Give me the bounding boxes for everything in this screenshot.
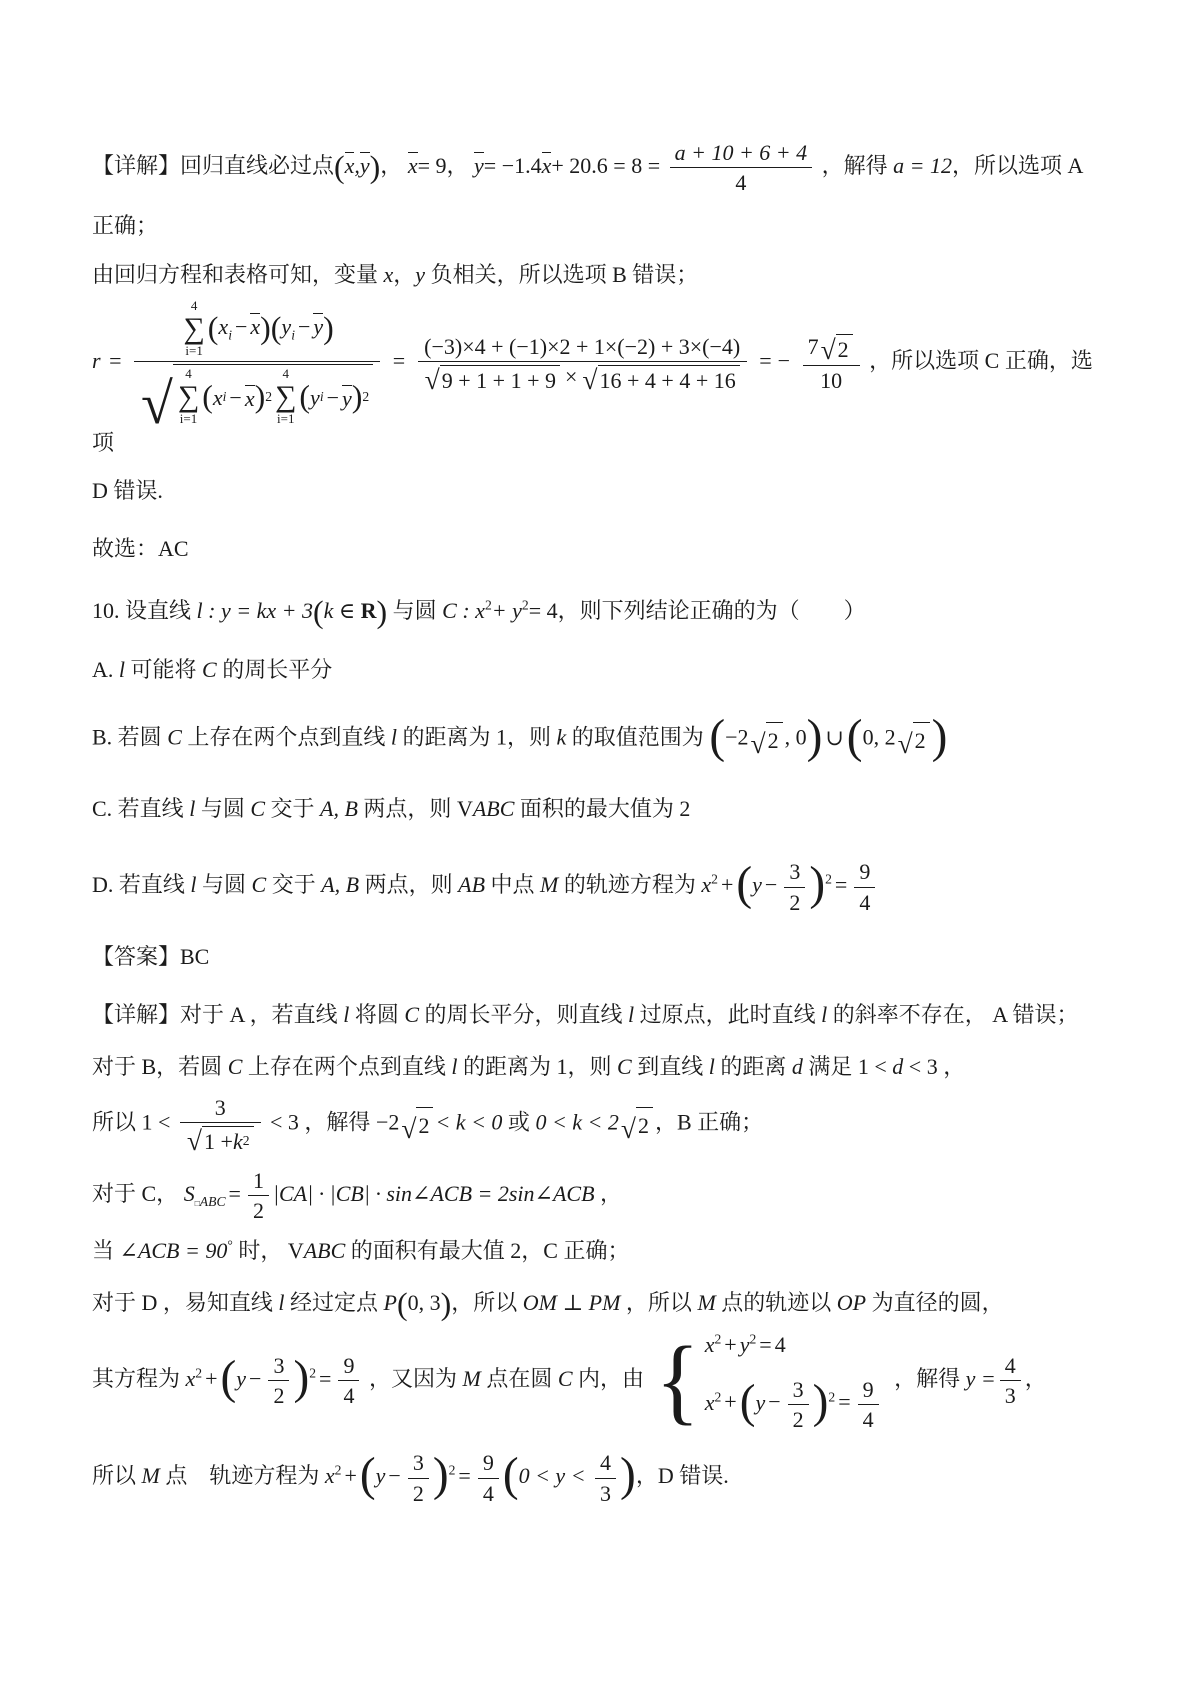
math-token: 1 + xyxy=(204,1129,233,1154)
radical-sign: √ xyxy=(751,722,766,757)
x-bar: x xyxy=(345,152,355,177)
math-token: A, B xyxy=(321,872,359,897)
math-token: R xyxy=(361,598,377,623)
math-token: x xyxy=(701,872,711,897)
sigma-icon: ∑ xyxy=(275,382,296,412)
paragraph-detail-c2: 当 ∠ACB = 90° 时， VABC 的面积有最大值 2，C 正确； xyxy=(92,1235,1114,1267)
math-token: A, B xyxy=(320,796,358,821)
text-run: ，所以 xyxy=(620,1290,697,1315)
x-bar: x xyxy=(245,385,255,410)
close-paren: ) xyxy=(260,311,271,346)
formula-circle-equation: x2+(y−32)2=94 xyxy=(701,872,879,897)
fraction-denominator: 2 xyxy=(408,1479,429,1506)
math-token: y xyxy=(755,1389,765,1414)
text-run: ，所以 xyxy=(451,1290,523,1315)
fraction: 94 xyxy=(478,1450,499,1506)
square-root: √2 xyxy=(621,1107,653,1142)
square-root: √2 xyxy=(821,334,853,362)
text-run: 对于 C， xyxy=(92,1181,184,1206)
close-paren: ) xyxy=(323,311,334,346)
fraction-numerator: 3 xyxy=(268,1353,289,1381)
sum-lower-limit: i=1 xyxy=(185,344,202,359)
math-token: y xyxy=(310,385,320,410)
minus-sign: − xyxy=(324,385,342,410)
superscript: 2 xyxy=(522,597,529,612)
math-token: y xyxy=(752,872,762,897)
text-run: 【答案】BC xyxy=(92,944,209,969)
text-run: 的距离 xyxy=(715,1054,792,1079)
formula-detail-d: 其方程为 x2+(y−32)2=94 ，又因为 M 点在圆 C 内，由 { x2… xyxy=(92,1329,1114,1432)
math-token: k ∈ xyxy=(324,598,361,623)
open-paren: ( xyxy=(208,311,219,346)
fraction-denominator: √4∑i=1(xi−x)24∑i=1(yi−y)2 xyxy=(134,362,380,427)
text-run: 为直径的圆， xyxy=(866,1290,1004,1315)
math-token: , 0 xyxy=(785,725,807,750)
radicand: 9 + 1 + 1 + 9 xyxy=(440,365,560,393)
text-run: ， xyxy=(447,153,469,178)
plus-sign: + xyxy=(341,1463,359,1488)
minus-sign: − xyxy=(246,1366,264,1391)
text-run: 到直线 xyxy=(632,1054,709,1079)
math-token: AB xyxy=(458,872,485,897)
text-run: 交于 xyxy=(266,872,321,897)
plus-sign: + xyxy=(721,1389,739,1414)
text-run: 【详解】回归直线必过点 xyxy=(92,153,334,178)
text-run: 面积的最大值为 2 xyxy=(514,796,690,821)
equals-sign: = xyxy=(835,1389,853,1414)
radicand: 2 xyxy=(836,334,853,362)
text-run: B. 若圆 xyxy=(92,725,167,750)
radicand: 2 xyxy=(766,722,783,757)
x-bar: x xyxy=(250,313,260,338)
math-token: M xyxy=(462,1366,480,1391)
radical-sign: √ xyxy=(621,1107,636,1142)
math-token: k xyxy=(233,1129,243,1154)
math-token: C xyxy=(404,1002,419,1027)
fraction: 32 xyxy=(408,1450,429,1506)
sum-lower-limit: i=1 xyxy=(277,412,294,427)
math-token: C xyxy=(558,1366,573,1391)
text-run: 所以 1 < xyxy=(92,1109,176,1134)
close-paren: ) xyxy=(620,1452,636,1499)
radicand: 2 xyxy=(416,1107,433,1142)
text-run: ， xyxy=(393,262,415,287)
radical-sign: √ xyxy=(582,365,597,393)
fraction-numerator: 3 xyxy=(788,1377,809,1405)
summation: 4∑i=1 xyxy=(275,367,296,427)
text-run: 经过定点 xyxy=(285,1290,384,1315)
equals-sign: = xyxy=(756,1332,774,1357)
open-paren: ( xyxy=(847,714,863,761)
text-run: 与圆 xyxy=(197,872,252,897)
fraction-numerator: 3 xyxy=(784,859,805,887)
equals-sign: = xyxy=(455,1463,473,1488)
equals-sign: = xyxy=(832,872,850,897)
fraction-denominator: 4 xyxy=(670,168,813,195)
fraction: 94 xyxy=(858,1377,879,1433)
text-run: ， xyxy=(380,153,402,178)
math-token: x xyxy=(213,385,223,410)
math-token: k xyxy=(557,725,567,750)
text-run: 的斜率不存在， A 错误； xyxy=(827,1002,1078,1027)
math-token: x xyxy=(325,1463,335,1488)
equals-sign: = xyxy=(390,348,408,373)
math-token: |CA| · |CB| · sin∠ACB = 2sin∠ACB xyxy=(273,1181,595,1206)
minus-sign: − xyxy=(295,314,313,339)
text-run: 上存在两个点到直线 xyxy=(242,1054,451,1079)
paragraph-detail-d: 对于 D ，易知直线 l 经过定点 P(0, 3)，所以 OM ⊥ PM ，所以… xyxy=(92,1287,1114,1320)
fraction-numerator: 9 xyxy=(338,1353,359,1381)
square-root: √2 xyxy=(751,722,783,757)
fraction-denominator: 4 xyxy=(854,888,875,915)
fraction-denominator: 10 xyxy=(803,366,860,393)
text-run: 两点，则 xyxy=(359,872,458,897)
text-run: 当 xyxy=(92,1238,120,1263)
text-run: 的周长平分 xyxy=(217,657,333,682)
text-run: ， xyxy=(595,1181,623,1206)
triangle-placeholder: V xyxy=(457,796,473,821)
fraction-denominator: 2 xyxy=(784,888,805,915)
math-token: = 4 xyxy=(529,598,558,623)
text-run: 负相关，所以选项 B 错误； xyxy=(425,262,698,287)
fraction-numerator: 9 xyxy=(478,1450,499,1478)
fraction-denominator: 3 xyxy=(1000,1381,1021,1408)
fraction-numerator: 7√2 xyxy=(803,334,860,366)
fraction: 3√1 + k2 xyxy=(180,1095,261,1154)
open-paren: ( xyxy=(709,714,725,761)
text-run: 的距离为 1，则 xyxy=(397,725,557,750)
fraction-denominator: 4 xyxy=(478,1479,499,1506)
option-a: A. l 可能将 C 的周长平分 xyxy=(92,654,1114,686)
math-token: 0 < k < 2 xyxy=(535,1109,618,1134)
formula-circle-equation: x2+(y−32)2=94 xyxy=(186,1366,364,1391)
radical-sign: √ xyxy=(898,722,913,757)
text-run: 10. 设直线 xyxy=(92,598,197,623)
radicand: 4∑i=1(xi−x)24∑i=1(yi−y)2 xyxy=(173,364,373,427)
text-run: 故选：AC xyxy=(92,536,189,561)
fraction-numerator: 4 xyxy=(1000,1353,1021,1381)
math-token: y xyxy=(236,1366,246,1391)
fraction-denominator: 3 xyxy=(595,1479,616,1506)
open-paren: ( xyxy=(397,1287,408,1322)
math-token: ABC xyxy=(200,1194,226,1209)
close-paren: ) xyxy=(441,1287,452,1322)
paragraph-d-wrong: D 错误. xyxy=(92,475,1114,507)
math-token: −2 xyxy=(376,1109,399,1134)
math-token: x xyxy=(705,1389,715,1414)
fraction-numerator: 9 xyxy=(854,859,875,887)
minus-sign: − xyxy=(765,1389,783,1414)
text-run: 所以 xyxy=(92,1463,142,1488)
math-token: C xyxy=(167,725,182,750)
paragraph-answer-9: 故选：AC xyxy=(92,533,1114,565)
text-run: ，解得 xyxy=(822,153,894,178)
text-run: ，所以选项 A xyxy=(952,153,1083,178)
fraction: 32 xyxy=(788,1377,809,1433)
sigma-icon: ∑ xyxy=(178,382,199,412)
system-row-2: x2+(y−32)2=94 xyxy=(705,1377,883,1433)
fraction-numeric: (−3)×4 + (−1)×2 + 1×(−2) + 3×(−4) √9 + 1… xyxy=(418,334,747,393)
math-token: y xyxy=(281,314,291,339)
formula-detail-c: 对于 C， S□ABC=12|CA| · |CB| · sin∠ACB = 2s… xyxy=(92,1168,1114,1224)
text-run: D. 若直线 xyxy=(92,872,190,897)
text-run: 中点 xyxy=(485,872,540,897)
superscript: 2 xyxy=(711,872,718,887)
text-run: 的轨迹方程为 xyxy=(558,872,701,897)
open-paren: ( xyxy=(740,1379,756,1426)
math-token: C : x xyxy=(442,598,485,623)
math-token: 4 xyxy=(775,1332,786,1357)
math-token: S xyxy=(184,1181,195,1206)
union-icon: ∪ xyxy=(822,725,846,750)
minus-sign: − xyxy=(226,385,244,410)
radical-sign: √ xyxy=(401,1107,416,1142)
math-token: OM ⊥ PM xyxy=(523,1290,621,1315)
fraction-denominator: 2 xyxy=(788,1405,809,1432)
y-bar: y xyxy=(342,385,352,410)
radicand: 1 + k2 xyxy=(202,1126,254,1154)
fraction: 32 xyxy=(268,1353,289,1409)
text-run: 对于 B，若圆 xyxy=(92,1054,228,1079)
math-token: < k < 0 xyxy=(435,1109,502,1134)
times-sign: × xyxy=(562,364,580,389)
radicand: 16 + 4 + 4 + 16 xyxy=(598,365,740,393)
math-token: OP xyxy=(837,1290,866,1315)
paragraph-question-10: 10. 设直线 l : y = kx + 3(k ∈ R) 与圆 C : x2+… xyxy=(92,595,1114,628)
fraction-main: 4∑i=1(xi−x)(yi−y) √4∑i=1(xi−x)24∑i=1(yi−… xyxy=(134,299,380,427)
equation-system: { x2+y2=4 x2+(y−32)2=94 xyxy=(656,1329,883,1432)
math-token: x xyxy=(705,1332,715,1357)
math-token: 0, 3 xyxy=(408,1290,441,1315)
text-run: A. xyxy=(92,657,119,682)
subscript: □ABC xyxy=(195,1194,226,1209)
sigma-icon: ∑ xyxy=(183,314,204,344)
text-run: 点的轨迹以 xyxy=(716,1290,837,1315)
text-run: ，B 正确； xyxy=(655,1109,763,1134)
text-run: 过原点，此时直线 xyxy=(634,1002,821,1027)
math-token: d xyxy=(792,1054,803,1079)
open-paren: ( xyxy=(736,861,752,908)
text-run: 点 轨迹方程为 xyxy=(160,1463,325,1488)
math-token: = 9 xyxy=(418,153,447,178)
option-b: B. 若圆 C 上存在两个点到直线 l 的距离为 1，则 k 的取值范围为 (−… xyxy=(92,716,1114,763)
text-run: ，D 错误. xyxy=(636,1463,729,1488)
math-token: C xyxy=(250,796,265,821)
triangle-placeholder: V xyxy=(288,1238,304,1263)
minus-sign: − xyxy=(762,872,780,897)
fraction-denominator: 4 xyxy=(338,1381,359,1408)
radical-sign: √ xyxy=(187,1126,202,1154)
paragraph-detail-regression: 【详解】回归直线必过点(x,y)， x= 9， y= −1.4x+ 20.6 =… xyxy=(92,140,1114,196)
fraction: a + 10 + 6 + 44 xyxy=(670,140,813,196)
math-token: M xyxy=(142,1463,160,1488)
summation: 4∑i=1 xyxy=(183,299,204,359)
text-run: 对于 D ，易知直线 xyxy=(92,1290,278,1315)
text-run: 的周长平分，则直线 xyxy=(419,1002,628,1027)
option-d: D. 若直线 l 与圆 C 交于 A, B 两点，则 AB 中点 M 的轨迹方程… xyxy=(92,859,1114,915)
text-run: 的距离为 1，则 xyxy=(458,1054,618,1079)
fraction-numerator: 3 xyxy=(180,1095,261,1123)
paragraph-answer-10: 【答案】BC xyxy=(92,941,1114,973)
text-run: < 3 ， xyxy=(903,1054,965,1079)
x-bar: x xyxy=(542,152,552,177)
math-token: x xyxy=(384,262,394,287)
text-run: 可能将 xyxy=(125,657,202,682)
text-run: C. 若直线 xyxy=(92,796,189,821)
math-token: y xyxy=(376,1463,386,1488)
paragraph-correct: 正确； xyxy=(92,210,1114,242)
math-token: M xyxy=(540,872,558,897)
math-token: y xyxy=(740,1332,750,1357)
fraction-result: 7√2 10 xyxy=(803,334,860,393)
text-run: ， xyxy=(1025,1366,1047,1391)
text-run: 【详解】对于 A ，若直线 xyxy=(92,1002,343,1027)
radical-sign: √ xyxy=(821,334,836,362)
text-run: 的面积有最大值 2，C 正确； xyxy=(345,1238,629,1263)
math-token: −2 xyxy=(725,725,748,750)
fraction-denominator: 4 xyxy=(858,1405,879,1432)
radical-sign: √ xyxy=(425,365,440,393)
text-run: 正确； xyxy=(92,213,158,238)
math-token: + 20.6 = 8 = xyxy=(551,153,660,178)
formula-correlation-coefficient: r = 4∑i=1(xi−x)(yi−y) √4∑i=1(xi−x)24∑i=1… xyxy=(92,299,1114,459)
text-run: ，解得 xyxy=(894,1366,966,1391)
paragraph-conclusion: 所以 M 点 轨迹方程为 x2+(y−32)2=94(0 < y < 43)，D… xyxy=(92,1450,1114,1506)
fraction: 94 xyxy=(854,859,875,915)
text-run: 满足 1 < xyxy=(803,1054,892,1079)
y-bar: y xyxy=(313,313,323,338)
plus-sign: + xyxy=(718,872,736,897)
open-paren: ( xyxy=(503,1452,519,1499)
paragraph-detail-b: 对于 B，若圆 C 上存在两个点到直线 l 的距离为 1，则 C 到直线 l 的… xyxy=(92,1051,1114,1083)
open-paren: ( xyxy=(334,149,345,184)
math-token: l : y = kx + 3 xyxy=(197,598,313,623)
fraction-denominator: √9 + 1 + 1 + 9×√16 + 4 + 4 + 16 xyxy=(418,362,747,393)
math-token: M xyxy=(697,1290,715,1315)
close-paren: ) xyxy=(352,381,363,413)
square-root: √1 + k2 xyxy=(187,1126,254,1154)
fraction-numerator: 4∑i=1(xi−x)(yi−y) xyxy=(134,299,380,362)
superscript: 2 xyxy=(825,872,832,887)
formula-circle-equation: x2+(y−32)2=94 xyxy=(325,1463,503,1488)
text-run: 上存在两个点到直线 xyxy=(182,725,391,750)
sum-lower-limit: i=1 xyxy=(180,412,197,427)
math-token: C xyxy=(228,1054,243,1079)
fraction-numerator: 3 xyxy=(408,1450,429,1478)
text-run: < 3 ，解得 xyxy=(265,1109,376,1134)
close-paren: ) xyxy=(293,1355,309,1402)
math-token: C xyxy=(617,1054,632,1079)
equals-sign: = xyxy=(226,1181,244,1206)
summation: 4∑i=1 xyxy=(178,367,199,427)
fraction-denominator: 2 xyxy=(248,1196,269,1223)
fraction: 12 xyxy=(248,1168,269,1224)
fraction: 32 xyxy=(784,859,805,915)
fraction-numerator: a + 10 + 6 + 4 xyxy=(670,140,813,168)
close-paren: ) xyxy=(807,714,823,761)
close-paren: ) xyxy=(255,381,266,413)
close-paren: ) xyxy=(377,594,388,629)
radicand: 2 xyxy=(913,722,930,757)
equals-sign: = xyxy=(106,348,124,373)
math-token: d xyxy=(892,1054,903,1079)
y-bar: y xyxy=(360,152,370,177)
math-token: P xyxy=(384,1290,397,1315)
fraction-denominator: √1 + k2 xyxy=(180,1123,261,1154)
equals-sign: = xyxy=(756,348,774,373)
radicand: 2 xyxy=(636,1107,653,1142)
plus-sign: + xyxy=(721,1332,739,1357)
math-token: ABC xyxy=(304,1238,346,1263)
y-bar: y xyxy=(474,152,484,177)
equals-sign: = xyxy=(316,1366,334,1391)
curly-brace-icon: { xyxy=(656,1339,700,1421)
superscript: 2 xyxy=(485,597,492,612)
math-token: ∠ACB = 90 xyxy=(120,1238,228,1263)
math-token: 7 xyxy=(808,334,819,359)
formula-detail-b: 所以 1 < 3√1 + k2 < 3 ，解得 −2√2< k < 0 或 0 … xyxy=(92,1095,1114,1154)
fraction: 43 xyxy=(1000,1353,1021,1409)
text-run: 与圆 xyxy=(387,598,442,623)
math-token: y = xyxy=(966,1366,996,1391)
text-run: 其方程为 xyxy=(92,1366,186,1391)
fraction-numerator: 4 xyxy=(595,1450,616,1478)
math-token: x xyxy=(218,314,228,339)
text-run: ，又因为 xyxy=(369,1366,463,1391)
close-paren: ) xyxy=(433,1452,449,1499)
text-run: 将圆 xyxy=(349,1002,404,1027)
text-run: 点在圆 xyxy=(481,1366,558,1391)
fraction: 94 xyxy=(338,1353,359,1409)
open-paren: ( xyxy=(221,1355,237,1402)
plus-sign: + xyxy=(202,1366,220,1391)
math-token: 0 < y < xyxy=(519,1463,591,1488)
equation-system-rows: x2+y2=4 x2+(y−32)2=94 xyxy=(700,1329,883,1432)
text-run: ，则下列结论正确的为（ ） xyxy=(558,598,866,623)
option-c: C. 若直线 l 与圆 C 交于 A, B 两点，则 VABC 面积的最大值为 … xyxy=(92,793,1114,825)
system-row-1: x2+y2=4 xyxy=(705,1329,786,1361)
paragraph-option-b-note: 由回归方程和表格可知，变量 x，y 负相关，所以选项 B 错误； xyxy=(92,259,1114,291)
close-paren: ) xyxy=(932,714,948,761)
open-paren: ( xyxy=(313,594,324,629)
close-paren: ) xyxy=(813,1379,829,1426)
close-paren: ) xyxy=(370,149,381,184)
fraction-numerator: 1 xyxy=(248,1168,269,1196)
square-root: √16 + 4 + 4 + 16 xyxy=(582,365,739,393)
text-run: 交于 xyxy=(265,796,320,821)
minus-sign: − xyxy=(385,1463,403,1488)
radical-sign: √ xyxy=(141,364,173,427)
open-paren: ( xyxy=(299,381,310,413)
x-bar: x xyxy=(408,152,418,177)
open-paren: ( xyxy=(202,381,213,413)
fraction-denominator: 2 xyxy=(268,1381,289,1408)
text-run: 两点，则 xyxy=(358,796,457,821)
math-token: = −1.4 xyxy=(484,153,542,178)
minus-sign: − xyxy=(232,314,250,339)
math-token: ABC xyxy=(473,796,515,821)
minus-sign: − xyxy=(775,348,793,373)
text-run: D 错误. xyxy=(92,478,163,503)
square-root: √9 + 1 + 1 + 9 xyxy=(425,365,560,393)
text-run: 与圆 xyxy=(195,796,250,821)
text-run: 内，由 xyxy=(573,1366,650,1391)
open-paren: ( xyxy=(271,311,282,346)
math-token: x xyxy=(186,1366,196,1391)
math-token: a = 12 xyxy=(893,153,952,178)
document-page: 【详解】回归直线必过点(x,y)， x= 9， y= −1.4x+ 20.6 =… xyxy=(0,0,1200,1506)
open-paren: ( xyxy=(360,1452,376,1499)
